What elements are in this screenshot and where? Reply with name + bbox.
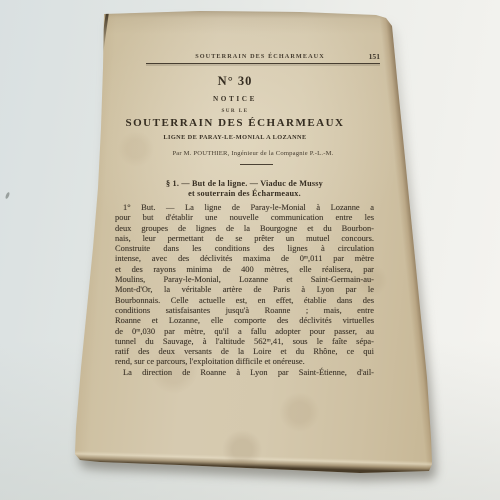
section-heading-line2: et souterrain des Écharmeaux. [115,189,374,199]
section-divider [240,164,273,165]
body-text-line: rend, sur ce parcours, l'exploitation di… [115,356,374,366]
notice-number: N° 30 [105,74,365,89]
body-text-line: Construite dans les conditions des ligne… [115,243,374,253]
body-text-line: deux groupes de lignes de la Bourgogne e… [115,223,374,233]
body-text-line: ratif des deux versants de la Loire et d… [115,346,374,356]
byline: Par M. POUTHIER, Ingénieur de la Compagn… [118,150,388,157]
book-page: SOUTERRAIN DES ÉCHARMEAUX 151 N° 30 NOTI… [60,8,440,478]
notice-label: NOTICE [105,95,365,103]
page-content: SOUTERRAIN DES ÉCHARMEAUX 151 N° 30 NOTI… [60,8,440,478]
body-text-line: La direction de Roanne à Lyon par Saint-… [115,367,374,377]
body-text-line: tunnel du Sauvage, à l'altitude 562ᵐ,41,… [115,336,374,346]
photo-background: SOUTERRAIN DES ÉCHARMEAUX 151 N° 30 NOTI… [0,0,500,500]
body-text-line: intense, avec des déclivités maxima de 0… [115,253,374,263]
page-number: 151 [300,52,380,61]
body-text-line: et des rayons minima de 400 mètres, elle… [115,264,374,274]
body-text-line: Bourbonnais. Celle actuelle est, en effe… [115,295,374,305]
body-text-line: pour but d'établir une nouvelle communic… [115,212,374,222]
header-rule [146,63,380,64]
main-title: SOUTERRAIN DES ÉCHARMEAUX [105,117,365,129]
body-text-line: nais, leur permettant de se prêter un mu… [115,233,374,243]
body-text: 1° But. — La ligne de Paray-le-Monial à … [115,202,374,377]
sur-le-label: SUR LE [105,108,365,114]
section-heading: § 1. — But de la ligne. — Viaduc de Muss… [115,179,374,198]
body-text-line: Mont-d'Or, la véritable artère de Paris … [115,284,374,294]
line-subtitle: LIGNE DE PARAY-LE-MONIAL A LOZANNE [105,134,365,141]
body-text-line: de 0ᵐ,030 par mètre, qu'il a fallu adopt… [115,326,374,336]
body-text-line: Moulins, Paray-le-Monial, Lozanne et Sai… [115,274,374,284]
section-heading-line1: § 1. — But de la ligne. — Viaduc de Muss… [115,179,374,189]
body-text-line: conditions satisfaisantes jusqu'à Roanne… [115,305,374,315]
body-text-line: 1° But. — La ligne de Paray-le-Monial à … [115,202,374,212]
body-text-line: Roanne et Lozanne, elle comporte des déc… [115,315,374,325]
